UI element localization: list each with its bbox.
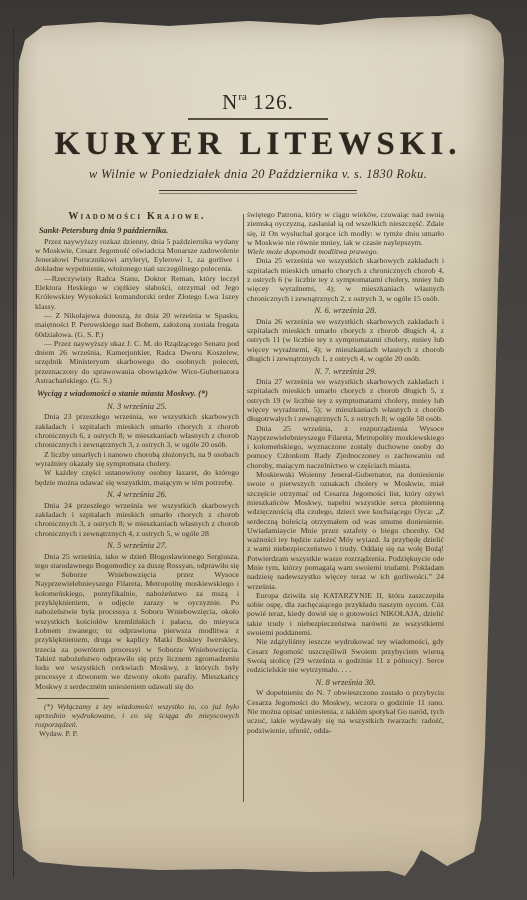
issue-underline — [188, 118, 328, 120]
article-paragraph: Moskiewski Woienny Jenerał-Gubernator, n… — [247, 470, 444, 591]
article-paragraph: —Rzeczywisty Radca Stanu, Doktor Reman, … — [35, 274, 239, 311]
article-paragraph: Dnia 25 września, iako w dzień Błogosław… — [35, 552, 239, 691]
footnote-text: (*) Wyłączamy z tey wiadomości wszystko … — [35, 702, 239, 729]
masthead-dateline: w Wilnie w Poniedziałek dnia 20 Paździer… — [9, 167, 507, 182]
issue-superscript: ra — [238, 91, 247, 103]
bulletin-subheading: N. 3 września 25. — [35, 402, 239, 411]
column-divider — [243, 214, 244, 802]
article-paragraph: Dnia 25 września we wszystkich skarbowyc… — [247, 256, 444, 302]
masthead-rule — [159, 190, 357, 194]
footnote-signature: Wydaw. P. P. — [35, 729, 239, 738]
newspaper-title: KURYER LITEWSKI. — [9, 126, 507, 163]
bulletin-subheading: N. 6. września 28. — [247, 306, 444, 315]
left-column: Wiadomości Krajowe. Sankt-Petersburg dni… — [35, 210, 239, 802]
article-columns: Wiadomości Krajowe. Sankt-Petersburg dni… — [35, 210, 455, 802]
newspaper-page: Nra 126. KURYER LITEWSKI. w Wilnie w Pon… — [9, 14, 507, 886]
article-paragraph: Dnia 23 przeszłego września, we wszystki… — [35, 412, 239, 449]
article-paragraph: Dnia 27 września we wszystkich skarbowyc… — [247, 377, 444, 423]
issue-value: 126. — [247, 90, 294, 114]
issue-prefix: N — [222, 90, 238, 114]
italic-sentence: Wiele może dopomodz modlitwa prawego. — [247, 247, 444, 256]
article-paragraph: Dnia 24 przeszłego września we wszystkic… — [35, 501, 239, 538]
article-paragraph: Przez naywyższy rozkaz dzienny, dnia 5 p… — [35, 237, 239, 274]
article-paragraph: świętego Patrona, który w ciągu wieków, … — [247, 210, 444, 247]
bulletin-subheading: N. 5 września 27. — [35, 541, 239, 550]
article-paragraph: W każdey części ustanowiony osobny łazar… — [35, 468, 239, 487]
article-paragraph: Dnia 25 września, z rozporządzenia Wysoc… — [247, 424, 444, 470]
article-paragraph: Nie zdążyliśmy ieszcze wydrukować tey wi… — [247, 637, 444, 674]
printer-footnote: (*) Wyłączamy z tey wiadomości wszystko … — [35, 698, 239, 738]
issue-number: Nra 126. — [9, 90, 507, 115]
bulletin-subheading: N. 4 września 26. — [35, 490, 239, 499]
bulletin-subheading: N. 8 września 30. — [247, 678, 444, 687]
article-dateline: Sankt-Petersburg dnia 9 października. — [35, 226, 239, 235]
right-column: świętego Patrona, który w ciągu wieków, … — [247, 210, 444, 802]
bulletin-subheading: N. 7. września 29. — [247, 367, 444, 376]
footnote-rule — [37, 698, 109, 699]
extract-heading: Wyciąg z wiadomości o stanie miasta Mosk… — [35, 389, 239, 398]
article-paragraph: — Z Nikołajewa donoszą, że dnia 20 wrześ… — [35, 311, 239, 339]
article-paragraph: Z liczby umarłych i nanowo chorobą złożo… — [35, 450, 239, 469]
section-heading: Wiadomości Krajowe. — [35, 212, 239, 221]
article-paragraph: Dnia 26 września we wszystkich skarbowyc… — [247, 317, 444, 363]
article-paragraph: — Przez naywyższy ukaz J. C. M. do Rządz… — [35, 339, 239, 385]
article-paragraph: Europa dziwiła się KATARZYNIE II, która … — [247, 591, 444, 637]
scan-edge-line — [13, 28, 14, 878]
article-paragraph: W dopełnieniu do N. 7 obwieszczono zosta… — [247, 688, 444, 734]
masthead: Nra 126. KURYER LITEWSKI. w Wilnie w Pon… — [9, 14, 507, 194]
